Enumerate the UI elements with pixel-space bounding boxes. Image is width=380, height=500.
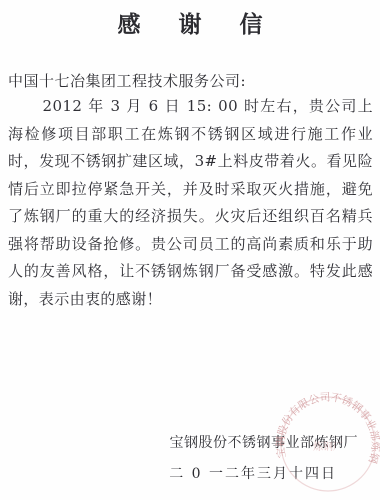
signature-date: 二 0 一二年三月十四日 — [169, 463, 337, 483]
thank-you-letter-page: 感 谢 信 中国十七冶集团工程技术服务公司: 2012 年 3 月 6 日 15… — [0, 0, 380, 500]
letter-title: 感 谢 信 — [0, 6, 380, 39]
signature-organization: 宝钢股份不锈钢事业部炼钢厂 — [170, 432, 359, 452]
letter-body-paragraph: 2012 年 3 月 6 日 15: 00 时左右，贵公司上海检修项目部职工在炼… — [8, 93, 373, 313]
seal-arc-text: 宝钢股份有限公司不锈钢事业部炼钢厂 — [272, 388, 380, 465]
recipient-line: 中国十七冶集团工程技术服务公司: — [8, 70, 246, 91]
